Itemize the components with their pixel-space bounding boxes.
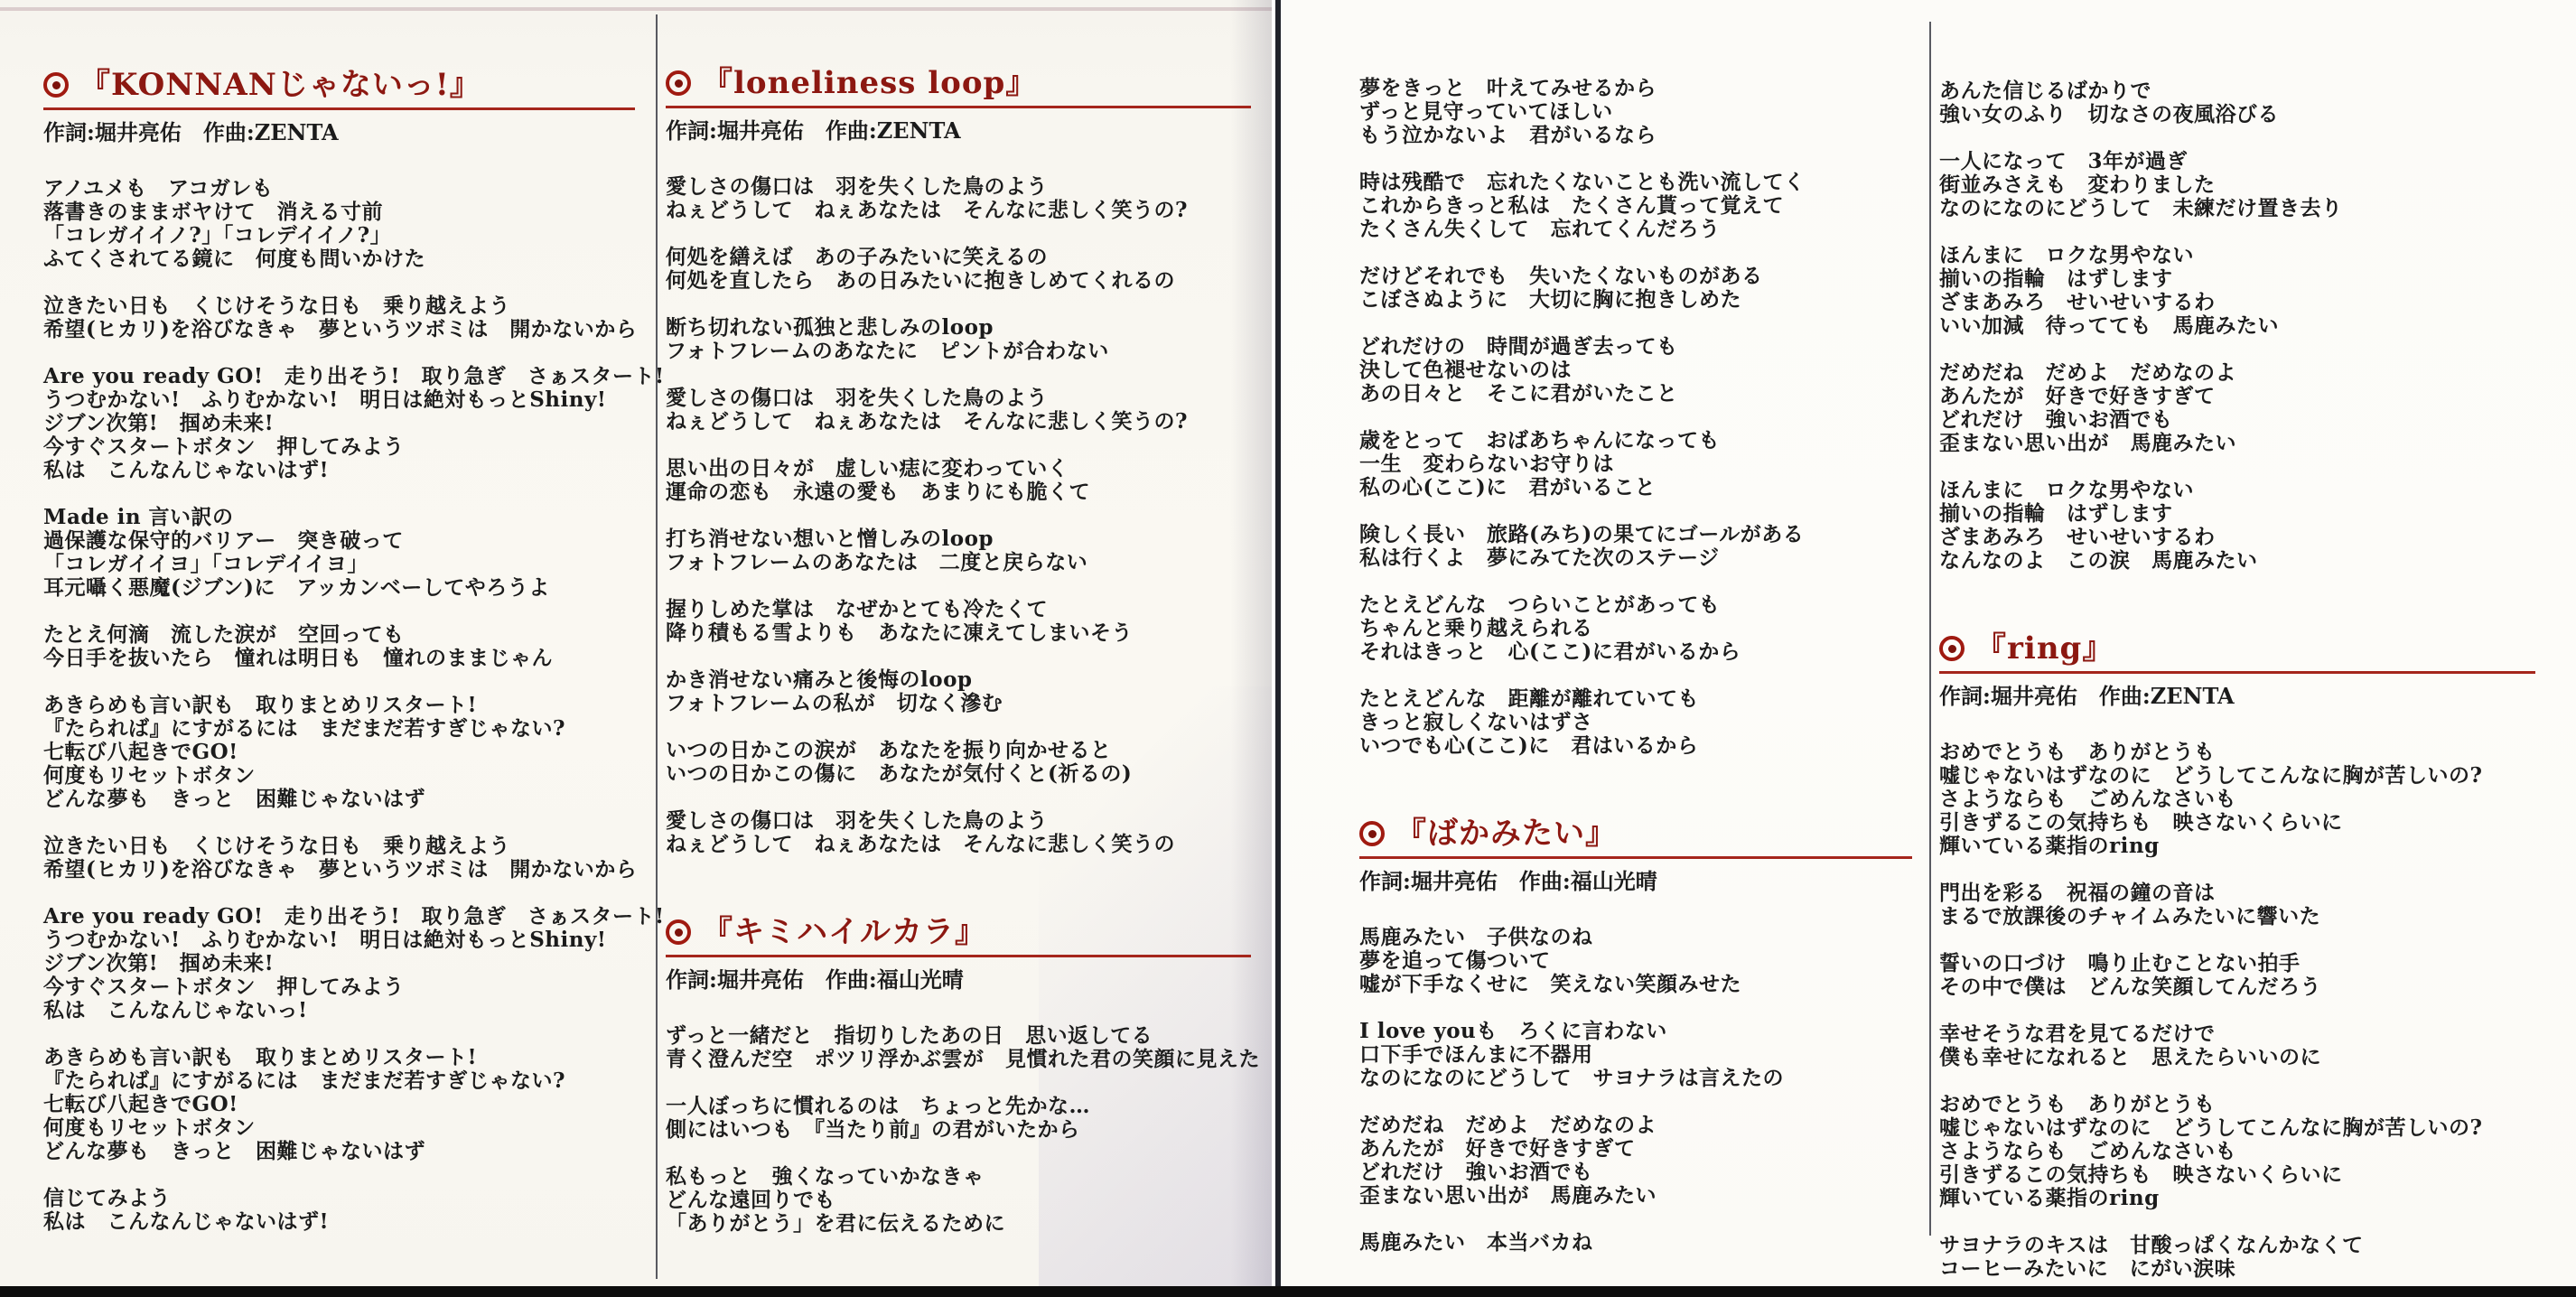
stanza: 何処を繕えば あの子みたいに笑えるの何処を直したら あの日みたいに抱きしめてくれ… <box>666 246 1251 293</box>
song-header: 『KONNANじゃないっ!』 <box>43 67 635 110</box>
stanza: Are you ready GO! 走り出そう! 取り急ぎ さぁスタート!うつむ… <box>43 905 635 1022</box>
lyric-line: ジブン次第! 掴め未来! <box>43 412 635 435</box>
lyric-line: だめだね だめよ だめなのよ <box>1359 1114 1912 1137</box>
lyric-line: 誓いの口づけ 鳴り止むことない拍手 <box>1939 952 2535 975</box>
stanza: ずっと一緒だと 指切りしたあの日 思い返してる青く澄んだ空 ポツリ浮かぶ雲が 見… <box>666 1024 1251 1071</box>
stanza: 馬鹿みたい 本当バカね <box>1359 1231 1912 1255</box>
page-top-edge <box>0 7 1272 11</box>
double-circle-bullet-icon <box>43 72 69 98</box>
lyric-line: 降り積もる雪よりも あなたに凍えてしまいそう <box>666 621 1251 645</box>
lyric-line: だけどそれでも 失いたくないものがある <box>1359 265 1912 288</box>
lyric-line: こぼさぬように 大切に胸に抱きしめた <box>1359 288 1912 312</box>
lyric-line: うつむかない! ふりむかない! 明日は絶対もっとShiny! <box>43 928 635 952</box>
lyric-line: コーヒーみたいに にがい涙味 <box>1939 1257 2535 1281</box>
stanza: 険しく長い 旅路(みち)の果てにゴールがある私は行くよ 夢にみてた次のステージ <box>1359 523 1912 570</box>
column-4: あんた信じるばかりで強い女のふり 切なさの夜風浴びる一人になって 3年が過ぎ街並… <box>1939 79 2535 1281</box>
lyric-line: たとえどんな 距離が離れていても <box>1359 687 1912 711</box>
lyric-line: 私は こんなんじゃないっ! <box>43 999 635 1022</box>
lyric-line: ずっと一緒だと 指切りしたあの日 思い返してる <box>666 1024 1251 1048</box>
lyric-line: 『たられば』にすがるには まだまだ若すぎじゃない? <box>43 1069 635 1093</box>
lyric-line: 一人になって 3年が過ぎ <box>1939 150 2535 173</box>
lyric-line: なんなのよ この涙 馬鹿みたい <box>1939 549 2535 573</box>
song-title-row: 『KONNANじゃないっ!』 <box>43 67 635 103</box>
stanza: 握りしめた掌は なぜかとても冷たくて降り積もる雪よりも あなたに凍えてしまいそう <box>666 598 1251 645</box>
lyric-line: Are you ready GO! 走り出そう! 取り急ぎ さぁスタート! <box>43 905 635 928</box>
lyric-line: 希望(ヒカリ)を浴びなきゃ 夢というツボミは 開かないから <box>43 858 635 882</box>
lyric-line: おめでとうも ありがとうも <box>1939 741 2535 764</box>
stanza: Are you ready GO! 走り出そう! 取り急ぎ さぁスタート!うつむ… <box>43 365 635 482</box>
column-divider-left-page <box>656 14 658 1279</box>
stanza: いつの日かこの涙が あなたを振り向かせるといつの日かこの傷に あなたが気付くと(… <box>666 739 1251 786</box>
lyric-line: だめだね だめよ だめなのよ <box>1939 361 2535 385</box>
song-title: 『キミハイルカラ』 <box>702 914 986 950</box>
lyric-line: なのになのにどうして 未練だけ置き去り <box>1939 197 2535 220</box>
lyric-line: 泣きたい日も くじけそうな日も 乗り越えよう <box>43 294 635 318</box>
column-1: 『KONNANじゃないっ!』作詞:堀井亮佑 作曲:ZENTAアノユメも アコガレ… <box>43 67 635 1234</box>
stanza: あきらめも言い訳も 取りまとめリスタート!『たられば』にすがるには まだまだ若す… <box>43 1046 635 1163</box>
lyric-line: どんな夢も きっと 困難じゃないはず <box>43 788 635 811</box>
stanza: 時は残酷で 忘れたくないことも洗い流してくこれからきっと私は たくさん貰って覚え… <box>1359 171 1912 241</box>
lyric-line: 時は残酷で 忘れたくないことも洗い流してく <box>1359 171 1912 194</box>
stanza: ほんまに ロクな男やない揃いの指輪 はずしますざまあみろ せいせいするわいい加減… <box>1939 244 2535 338</box>
lyric-line: 何処を繕えば あの子みたいに笑えるの <box>666 246 1251 269</box>
lyric-line: その中で僕は どんな笑顔してんだろう <box>1939 975 2535 999</box>
lyric-line: 今すぐスタートボタン 押してみよう <box>43 975 635 999</box>
stanza: 打ち消せない想いと憎しみのloopフォトフレームのあなたは 二度と戻らない <box>666 527 1251 574</box>
lyric-line: どんな夢も きっと 困難じゃないはず <box>43 1140 635 1163</box>
song-title-row: 『loneliness loop』 <box>666 65 1251 101</box>
lyric-line: 歪まない思い出が 馬鹿みたい <box>1939 432 2535 455</box>
stanza: 愛しさの傷口は 羽を失くした鳥のようねぇどうして ねぇあなたは そんなに悲しく笑… <box>666 809 1251 856</box>
lyric-line: どんな遠回りでも <box>666 1189 1251 1212</box>
song-section: 『ring』作詞:堀井亮佑 作曲:ZENTAおめでとうも ありがとうも嘘じゃない… <box>1939 630 2535 1281</box>
stanza: たとえどんな 距離が離れていてもきっと寂しくないはずさいつでも心(ここ)に 君は… <box>1359 687 1912 758</box>
song-credit: 作詞:堀井亮佑 作曲:福山光晴 <box>1359 870 1912 893</box>
column-divider-right-page <box>1929 22 1931 1236</box>
lyric-line: もう泣かないよ 君がいるなら <box>1359 124 1912 147</box>
double-circle-bullet-icon <box>1939 636 1965 661</box>
scan-bottom-edge <box>0 1286 2576 1297</box>
lyric-line: さようならも ごめんなさいも <box>1939 1140 2535 1163</box>
song-section: 『キミハイルカラ』作詞:堀井亮佑 作曲:福山光晴ずっと一緒だと 指切りしたあの日… <box>666 914 1251 1236</box>
stanza: おめでとうも ありがとうも嘘じゃないはずなのに どうしてこんなに胸が苦しいの?さ… <box>1939 741 2535 858</box>
lyric-line: フォトフレームのあなたは 二度と戻らない <box>666 551 1251 574</box>
lyric-line: 夢を追って傷ついて <box>1359 949 1912 973</box>
stanza: だめだね だめよ だめなのよあんたが 好きで好きすぎてどれだけ 強いお酒でも歪ま… <box>1939 361 2535 455</box>
stanza: 断ち切れない孤独と悲しみのloopフォトフレームのあなたに ピントが合わない <box>666 316 1251 363</box>
stanza: 愛しさの傷口は 羽を失くした鳥のようねぇどうして ねぇあなたは そんなに悲しく笑… <box>666 175 1251 222</box>
stanza: 幸せそうな君を見てるだけで僕も幸せになれると 思えたらいいのに <box>1939 1022 2535 1069</box>
lyric-line: 何度もリセットボタン <box>43 764 635 788</box>
lyric-line: 青く澄んだ空 ポツリ浮かぶ雲が 見慣れた君の笑顔に見えた <box>666 1048 1251 1071</box>
lyric-line: サヨナラのキスは 甘酸っぱくなんかなくて <box>1939 1234 2535 1257</box>
lyric-line: あの日々と そこに君がいたこと <box>1359 382 1912 406</box>
lyric-line: 歳をとって おばあちゃんになっても <box>1359 429 1912 453</box>
lyric-line: 泣きたい日も くじけそうな日も 乗り越えよう <box>43 835 635 858</box>
song-title-row: 『キミハイルカラ』 <box>666 914 1251 950</box>
lyric-line: ちゃんと乗り越えられる <box>1359 617 1912 640</box>
stanza: 愛しさの傷口は 羽を失くした鳥のようねぇどうして ねぇあなたは そんなに悲しく笑… <box>666 387 1251 434</box>
column-2: 『loneliness loop』作詞:堀井亮佑 作曲:ZENTA愛しさの傷口は… <box>666 65 1251 1236</box>
double-circle-bullet-icon <box>666 919 691 945</box>
lyric-line: どれだけ 強いお酒でも <box>1359 1161 1912 1184</box>
lyric-line: どれだけの 時間が過ぎ去っても <box>1359 335 1912 359</box>
double-circle-bullet-icon <box>1359 821 1385 846</box>
lyric-line: 思い出の日々が 虚しい痣に変わっていく <box>666 457 1251 481</box>
lyric-line: 僕も幸せになれると 思えたらいいのに <box>1939 1046 2535 1069</box>
stanza: 馬鹿みたい 子供なのね夢を追って傷ついて嘘が下手なくせに 笑えない笑顔みせた <box>1359 926 1912 996</box>
lyric-line: それはきっと 心(ここ)に君がいるから <box>1359 640 1912 664</box>
lyric-line: ざまあみろ せいせいするわ <box>1939 291 2535 314</box>
lyric-line: I love youも ろくに言わない <box>1359 1020 1912 1043</box>
stanza: おめでとうも ありがとうも嘘じゃないはずなのに どうしてこんなに胸が苦しいの?さ… <box>1939 1093 2535 1210</box>
lyric-line: 引きずるこの気持ちも 映さないくらいに <box>1939 1163 2535 1187</box>
lyric-line: 握りしめた掌は なぜかとても冷たくて <box>666 598 1251 621</box>
song-section: 『loneliness loop』作詞:堀井亮佑 作曲:ZENTA愛しさの傷口は… <box>666 65 1251 856</box>
stanza: 一人になって 3年が過ぎ街並みさえも 変わりましたなのになのにどうして 未練だけ… <box>1939 150 2535 220</box>
song-credit: 作詞:堀井亮佑 作曲:ZENTA <box>43 121 635 145</box>
lyric-line: 希望(ヒカリ)を浴びなきゃ 夢というツボミは 開かないから <box>43 318 635 341</box>
lyric-line: さようならも ごめんなさいも <box>1939 788 2535 811</box>
lyric-line: あきらめも言い訳も 取りまとめリスタート! <box>43 694 635 717</box>
lyric-line: 馬鹿みたい 子供なのね <box>1359 926 1912 949</box>
lyric-line: 幸せそうな君を見てるだけで <box>1939 1022 2535 1046</box>
lyric-line: これからきっと私は たくさん貰って覚えて <box>1359 194 1912 218</box>
lyric-line: いい加減 待ってても 馬鹿みたい <box>1939 314 2535 338</box>
lyric-line: ねぇどうして ねぇあなたは そんなに悲しく笑うの? <box>666 199 1251 222</box>
double-circle-bullet-icon <box>666 70 691 96</box>
lyric-line: 断ち切れない孤独と悲しみのloop <box>666 316 1251 340</box>
lyric-line: ねぇどうして ねぇあなたは そんなに悲しく笑うの? <box>666 410 1251 434</box>
lyric-line: 七転び八起きでGO! <box>43 741 635 764</box>
lyric-line: なのになのにどうして サヨナラは言えたの <box>1359 1067 1912 1090</box>
lyric-line: 七転び八起きでGO! <box>43 1093 635 1116</box>
lyric-line: 私の心(ここ)に 君がいること <box>1359 476 1912 499</box>
lyric-line: 私は行くよ 夢にみてた次のステージ <box>1359 546 1912 570</box>
song-header: 『キミハイルカラ』 <box>666 914 1251 957</box>
stanza: だけどそれでも 失いたくないものがあるこぼさぬように 大切に胸に抱きしめた <box>1359 265 1912 312</box>
lyric-line: いつの日かこの涙が あなたを振り向かせると <box>666 739 1251 762</box>
lyric-line: ジブン次第! 掴め未来! <box>43 952 635 975</box>
lyric-line: まるで放課後のチャイムみたいに響いた <box>1939 905 2535 928</box>
lyric-line: 私もっと 強くなっていかなきゃ <box>666 1165 1251 1189</box>
lyric-line: かき消せない痛みと後悔のloop <box>666 668 1251 692</box>
lyric-line: 今日手を抜いたら 憧れは明日も 憧れのままじゃん <box>43 647 635 670</box>
song-title: 『ring』 <box>1975 630 2114 667</box>
lyric-line: 『たられば』にすがるには まだまだ若すぎじゃない? <box>43 717 635 741</box>
lyric-line: フォトフレームのあなたに ピントが合わない <box>666 340 1251 363</box>
lyric-line: ふてくされてる鏡に 何度も問いかけた <box>43 247 635 271</box>
song-header: 『loneliness loop』 <box>666 65 1251 108</box>
song-header: 『ばかみたい』 <box>1359 816 1912 859</box>
lyric-line: 「ありがとう」を君に伝えるために <box>666 1212 1251 1236</box>
stanza: 信じてみよう私は こんなんじゃないはず! <box>43 1187 635 1234</box>
stanza: 一人ぼっちに慣れるのは ちょっと先かな…側にはいつも 『当たり前』の君がいたから <box>666 1095 1251 1142</box>
lyric-line: 強い女のふり 切なさの夜風浴びる <box>1939 103 2535 126</box>
lyric-line: 「コレガイイヨ」「コレデイイヨ」 <box>43 553 635 576</box>
lyric-line: たとえ何滴 流した涙が 空回っても <box>43 623 635 647</box>
stanza: あきらめも言い訳も 取りまとめリスタート!『たられば』にすがるには まだまだ若す… <box>43 694 635 811</box>
booklet-spread: 『KONNANじゃないっ!』作詞:堀井亮佑 作曲:ZENTAアノユメも アコガレ… <box>0 0 2576 1297</box>
lyric-line: 嘘が下手なくせに 笑えない笑顔みせた <box>1359 973 1912 996</box>
song-section: 『KONNANじゃないっ!』作詞:堀井亮佑 作曲:ZENTAアノユメも アコガレ… <box>43 67 635 1234</box>
lyric-line: 愛しさの傷口は 羽を失くした鳥のよう <box>666 175 1251 199</box>
stanza: 泣きたい日も くじけそうな日も 乗り越えよう希望(ヒカリ)を浴びなきゃ 夢という… <box>43 294 635 341</box>
lyric-line: ねぇどうして ねぇあなたは そんなに悲しく笑うの <box>666 833 1251 856</box>
stanza: かき消せない痛みと後悔のloopフォトフレームの私が 切なく滲む <box>666 668 1251 715</box>
lyric-line: たくさん失くして 忘れてくんだろう <box>1359 218 1912 241</box>
lyric-line: あんたが 好きで好きすぎて <box>1359 1137 1912 1161</box>
lyric-line: 愛しさの傷口は 羽を失くした鳥のよう <box>666 809 1251 833</box>
stanza: アノユメも アコガレも落書きのままボヤけて 消える寸前「コレガイイノ?」「コレデ… <box>43 177 635 271</box>
lyric-line: たとえどんな つらいことがあっても <box>1359 593 1912 617</box>
lyric-line: どれだけ 強いお酒でも <box>1939 408 2535 432</box>
lyric-line: 決して色褪せないのは <box>1359 359 1912 382</box>
stanza: サヨナラのキスは 甘酸っぱくなんかなくてコーヒーみたいに にがい涙味 <box>1939 1234 2535 1281</box>
lyric-line: 険しく長い 旅路(みち)の果てにゴールがある <box>1359 523 1912 546</box>
song-section: あんた信じるばかりで強い女のふり 切なさの夜風浴びる一人になって 3年が過ぎ街並… <box>1939 79 2535 573</box>
lyric-line: 歪まない思い出が 馬鹿みたい <box>1359 1184 1912 1208</box>
lyric-line: あんた信じるばかりで <box>1939 79 2535 103</box>
stanza: たとえ何滴 流した涙が 空回っても今日手を抜いたら 憧れは明日も 憧れのままじゃ… <box>43 623 635 670</box>
lyric-line: 嘘じゃないはずなのに どうしてこんなに胸が苦しいの? <box>1939 1116 2535 1140</box>
lyric-line: Made in 言い訳の <box>43 506 635 529</box>
stanza: ほんまに ロクな男やない揃いの指輪 はずしますざまあみろ せいせいするわなんなの… <box>1939 479 2535 573</box>
lyric-line: 私は こんなんじゃないはず! <box>43 459 635 482</box>
song-header: 『ring』 <box>1939 630 2535 674</box>
lyric-line: 一生 変わらないお守りは <box>1359 453 1912 476</box>
lyric-line: 落書きのままボヤけて 消える寸前 <box>43 201 635 224</box>
song-section: 夢をきっと 叶えてみせるからずっと見守っていてほしいもう泣かないよ 君がいるなら… <box>1359 77 1912 758</box>
song-title-row: 『ring』 <box>1939 630 2535 667</box>
lyric-line: ざまあみろ せいせいするわ <box>1939 526 2535 549</box>
lyric-line: あんたが 好きで好きすぎて <box>1939 385 2535 408</box>
lyric-line: 「コレガイイノ?」「コレデイイノ?」 <box>43 224 635 247</box>
lyric-line: 門出を彩る 祝福の鐘の音は <box>1939 882 2535 905</box>
song-title-row: 『ばかみたい』 <box>1359 816 1912 852</box>
stanza: Made in 言い訳の過保護な保守的バリアー 突き破って「コレガイイヨ」「コレ… <box>43 506 635 600</box>
lyric-line: 私は こんなんじゃないはず! <box>43 1210 635 1234</box>
lyric-line: 引きずるこの気持ちも 映さないくらいに <box>1939 811 2535 835</box>
lyric-line: アノユメも アコガレも <box>43 177 635 201</box>
stanza: 門出を彩る 祝福の鐘の音はまるで放課後のチャイムみたいに響いた <box>1939 882 2535 928</box>
stanza: あんた信じるばかりで強い女のふり 切なさの夜風浴びる <box>1939 79 2535 126</box>
lyric-line: 打ち消せない想いと憎しみのloop <box>666 527 1251 551</box>
lyric-line: 側にはいつも 『当たり前』の君がいたから <box>666 1118 1251 1142</box>
lyric-line: 一人ぼっちに慣れるのは ちょっと先かな… <box>666 1095 1251 1118</box>
lyric-line: 運命の恋も 永遠の愛も あまりにも脆くて <box>666 481 1251 504</box>
lyric-line: 過保護な保守的バリアー 突き破って <box>43 529 635 553</box>
lyric-line: 愛しさの傷口は 羽を失くした鳥のよう <box>666 387 1251 410</box>
stanza: 思い出の日々が 虚しい痣に変わっていく運命の恋も 永遠の愛も あまりにも脆くて <box>666 457 1251 504</box>
column-3: 夢をきっと 叶えてみせるからずっと見守っていてほしいもう泣かないよ 君がいるなら… <box>1359 77 1912 1255</box>
spine-line <box>1275 0 1281 1297</box>
lyric-line: 何度もリセットボタン <box>43 1116 635 1140</box>
stanza: I love youも ろくに言わない口下手でほんまに不器用なのになのにどうして… <box>1359 1020 1912 1090</box>
stanza: 誓いの口づけ 鳴り止むことない拍手その中で僕は どんな笑顔してんだろう <box>1939 952 2535 999</box>
song-title: 『ばかみたい』 <box>1395 816 1617 852</box>
lyric-line: 輝いている薬指のring <box>1939 1187 2535 1210</box>
song-credit: 作詞:堀井亮佑 作曲:ZENTA <box>666 119 1251 143</box>
lyric-line: 今すぐスタートボタン 押してみよう <box>43 435 635 459</box>
lyric-line: 耳元囁く悪魔(ジブン)に アッカンベーしてやろうよ <box>43 576 635 600</box>
lyric-line: ずっと見守っていてほしい <box>1359 100 1912 124</box>
lyric-line: 何処を直したら あの日みたいに抱きしめてくれるの <box>666 269 1251 293</box>
lyric-line: いつの日かこの傷に あなたが気付くと(祈るの) <box>666 762 1251 786</box>
song-title: 『loneliness loop』 <box>702 65 1037 101</box>
lyric-line: 輝いている薬指のring <box>1939 835 2535 858</box>
lyric-line: いつでも心(ここ)に 君はいるから <box>1359 734 1912 758</box>
lyric-line: 口下手でほんまに不器用 <box>1359 1043 1912 1067</box>
stanza: 夢をきっと 叶えてみせるからずっと見守っていてほしいもう泣かないよ 君がいるなら <box>1359 77 1912 147</box>
lyric-line: 街並みさえも 変わりました <box>1939 173 2535 197</box>
lyric-line: うつむかない! ふりむかない! 明日は絶対もっとShiny! <box>43 388 635 412</box>
stanza: だめだね だめよ だめなのよあんたが 好きで好きすぎてどれだけ 強いお酒でも歪ま… <box>1359 1114 1912 1208</box>
stanza: 歳をとって おばあちゃんになっても一生 変わらないお守りは私の心(ここ)に 君が… <box>1359 429 1912 499</box>
song-credit: 作詞:堀井亮佑 作曲:ZENTA <box>1939 685 2535 708</box>
lyric-line: きっと寂しくないはずさ <box>1359 711 1912 734</box>
song-section: 『ばかみたい』作詞:堀井亮佑 作曲:福山光晴馬鹿みたい 子供なのね夢を追って傷つ… <box>1359 816 1912 1255</box>
lyric-line: 馬鹿みたい 本当バカね <box>1359 1231 1912 1255</box>
lyric-line: ほんまに ロクな男やない <box>1939 244 2535 267</box>
lyric-line: フォトフレームの私が 切なく滲む <box>666 692 1251 715</box>
lyric-line: あきらめも言い訳も 取りまとめリスタート! <box>43 1046 635 1069</box>
lyric-line: おめでとうも ありがとうも <box>1939 1093 2535 1116</box>
lyric-line: 夢をきっと 叶えてみせるから <box>1359 77 1912 100</box>
stanza: たとえどんな つらいことがあってもちゃんと乗り越えられるそれはきっと 心(ここ)… <box>1359 593 1912 664</box>
lyric-line: 揃いの指輪 はずします <box>1939 267 2535 291</box>
stanza: 泣きたい日も くじけそうな日も 乗り越えよう希望(ヒカリ)を浴びなきゃ 夢という… <box>43 835 635 882</box>
lyric-line: ほんまに ロクな男やない <box>1939 479 2535 502</box>
lyric-line: 揃いの指輪 はずします <box>1939 502 2535 526</box>
stanza: 私もっと 強くなっていかなきゃどんな遠回りでも「ありがとう」を君に伝えるために <box>666 1165 1251 1236</box>
stanza: どれだけの 時間が過ぎ去っても決して色褪せないのはあの日々と そこに君がいたこと <box>1359 335 1912 406</box>
lyric-line: 嘘じゃないはずなのに どうしてこんなに胸が苦しいの? <box>1939 764 2535 788</box>
lyric-line: 信じてみよう <box>43 1187 635 1210</box>
lyric-line: Are you ready GO! 走り出そう! 取り急ぎ さぁスタート! <box>43 365 635 388</box>
song-credit: 作詞:堀井亮佑 作曲:福山光晴 <box>666 968 1251 992</box>
song-title: 『KONNANじゃないっ!』 <box>79 67 481 103</box>
